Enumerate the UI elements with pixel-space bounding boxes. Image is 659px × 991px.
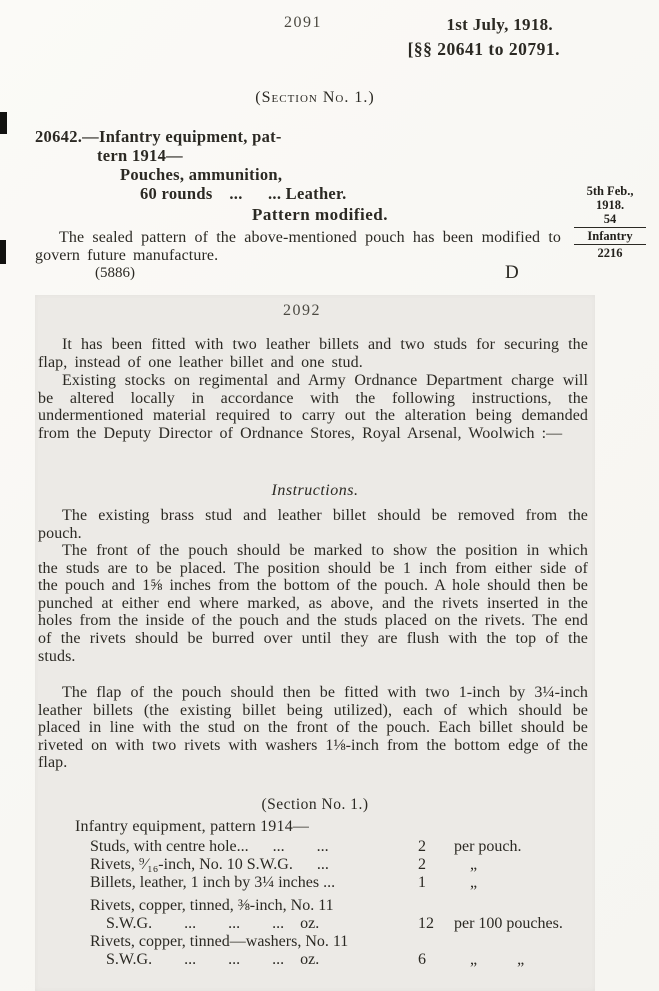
scanned-document-page: 2091 1st July, 1918. [§§ 20641 to 20791.… [0,0,659,991]
table-item: Rivets, copper, tinned, ⅜-inch, No. 11 [38,897,418,915]
entry-number-title: 20642.—Infantry equipment, pat- [35,127,282,147]
table-row: S.W.G. ... ... ... oz.12per 100 pouches. [38,915,590,933]
instruction-paragraph-3: The flap of the pouch should then be fit… [38,684,588,772]
margin-note-year: 1918. [574,198,646,212]
entry-item-detail: 60 rounds ... ... Leather. [140,184,347,204]
sealed-pattern-paragraph: The sealed pattern of the above-mentione… [35,229,561,264]
margin-note-branch: Infantry [574,229,646,243]
table-per [454,933,590,951]
instructions-heading: Instructions. [35,482,595,500]
scan-smudge [0,240,6,264]
table-item: Rivets, ⁹⁄₁₆-inch, No. 10 S.W.G. ... [38,856,418,874]
table-qty [418,897,454,915]
table-row: S.W.G. ... ... ... oz.6 „ „ [38,951,590,969]
table-qty [418,933,454,951]
table-item: Billets, leather, 1 inch by 3¼ inches ..… [38,874,418,892]
table-qty: 12 [418,915,454,933]
table-per: „ [454,874,590,892]
materials-list-title: Infantry equipment, pattern 1914— [75,818,309,836]
print-code: (5886) [95,265,135,282]
instruction-paragraph-1: The existing brass stud and leather bill… [38,507,588,542]
section-heading-top: (Section No. 1.) [35,89,595,107]
table-row: Rivets, ⁹⁄₁₆-inch, No. 10 S.W.G. ...2 „ [38,856,590,874]
section-heading-bottom: (Section No. 1.) [35,796,595,814]
table-qty: 1 [418,874,454,892]
margin-note-number: 54 [574,212,646,226]
existing-stocks-paragraph: Existing stocks on regimental and Army O… [38,372,588,442]
signature-letter: D [505,262,520,284]
table-qty: 2 [418,838,454,856]
table-per: per pouch. [454,838,590,856]
margin-note-ref: 2216 [574,246,646,260]
table-qty: 6 [418,951,454,969]
table-item: Rivets, copper, tinned—washers, No. 11 [38,933,418,951]
margin-note-rule [574,244,646,245]
entry-title-continued: tern 1914— [97,146,183,166]
table-row: Rivets, copper, tinned, ⅜-inch, No. 11 [38,897,590,915]
margin-reference-note: 5th Feb., 1918. 54 Infantry 2216 [574,184,646,260]
materials-table: Studs, with centre hole... ... ...2per p… [38,838,590,969]
header-date: 1st July, 1918. [446,15,553,35]
fitted-paragraph: It has been fitted with two leather bill… [38,336,588,371]
page-number-2092: 2092 [283,302,321,320]
pattern-modified-heading: Pattern modified. [252,205,388,225]
header-section-range: [§§ 20641 to 20791. [408,39,560,60]
table-item: Studs, with centre hole... ... ... [38,838,418,856]
scan-smudge [0,112,7,134]
table-per: per 100 pouches. [454,915,590,933]
table-per [454,897,590,915]
margin-note-rule [574,227,646,228]
table-qty: 2 [418,856,454,874]
entry-item: Pouches, ammunition, [120,165,282,185]
table-per: „ „ [454,951,590,969]
table-item: S.W.G. ... ... ... oz. [38,951,418,969]
table-row: Rivets, copper, tinned—washers, No. 11 [38,933,590,951]
table-item: S.W.G. ... ... ... oz. [38,915,418,933]
margin-note-date: 5th Feb., [574,184,646,198]
instruction-paragraph-2: The front of the pouch should be marked … [38,542,588,665]
table-per: „ [454,856,590,874]
page-number-2091: 2091 [284,14,322,32]
table-row: Billets, leather, 1 inch by 3¼ inches ..… [38,874,590,892]
table-row: Studs, with centre hole... ... ...2per p… [38,838,590,856]
